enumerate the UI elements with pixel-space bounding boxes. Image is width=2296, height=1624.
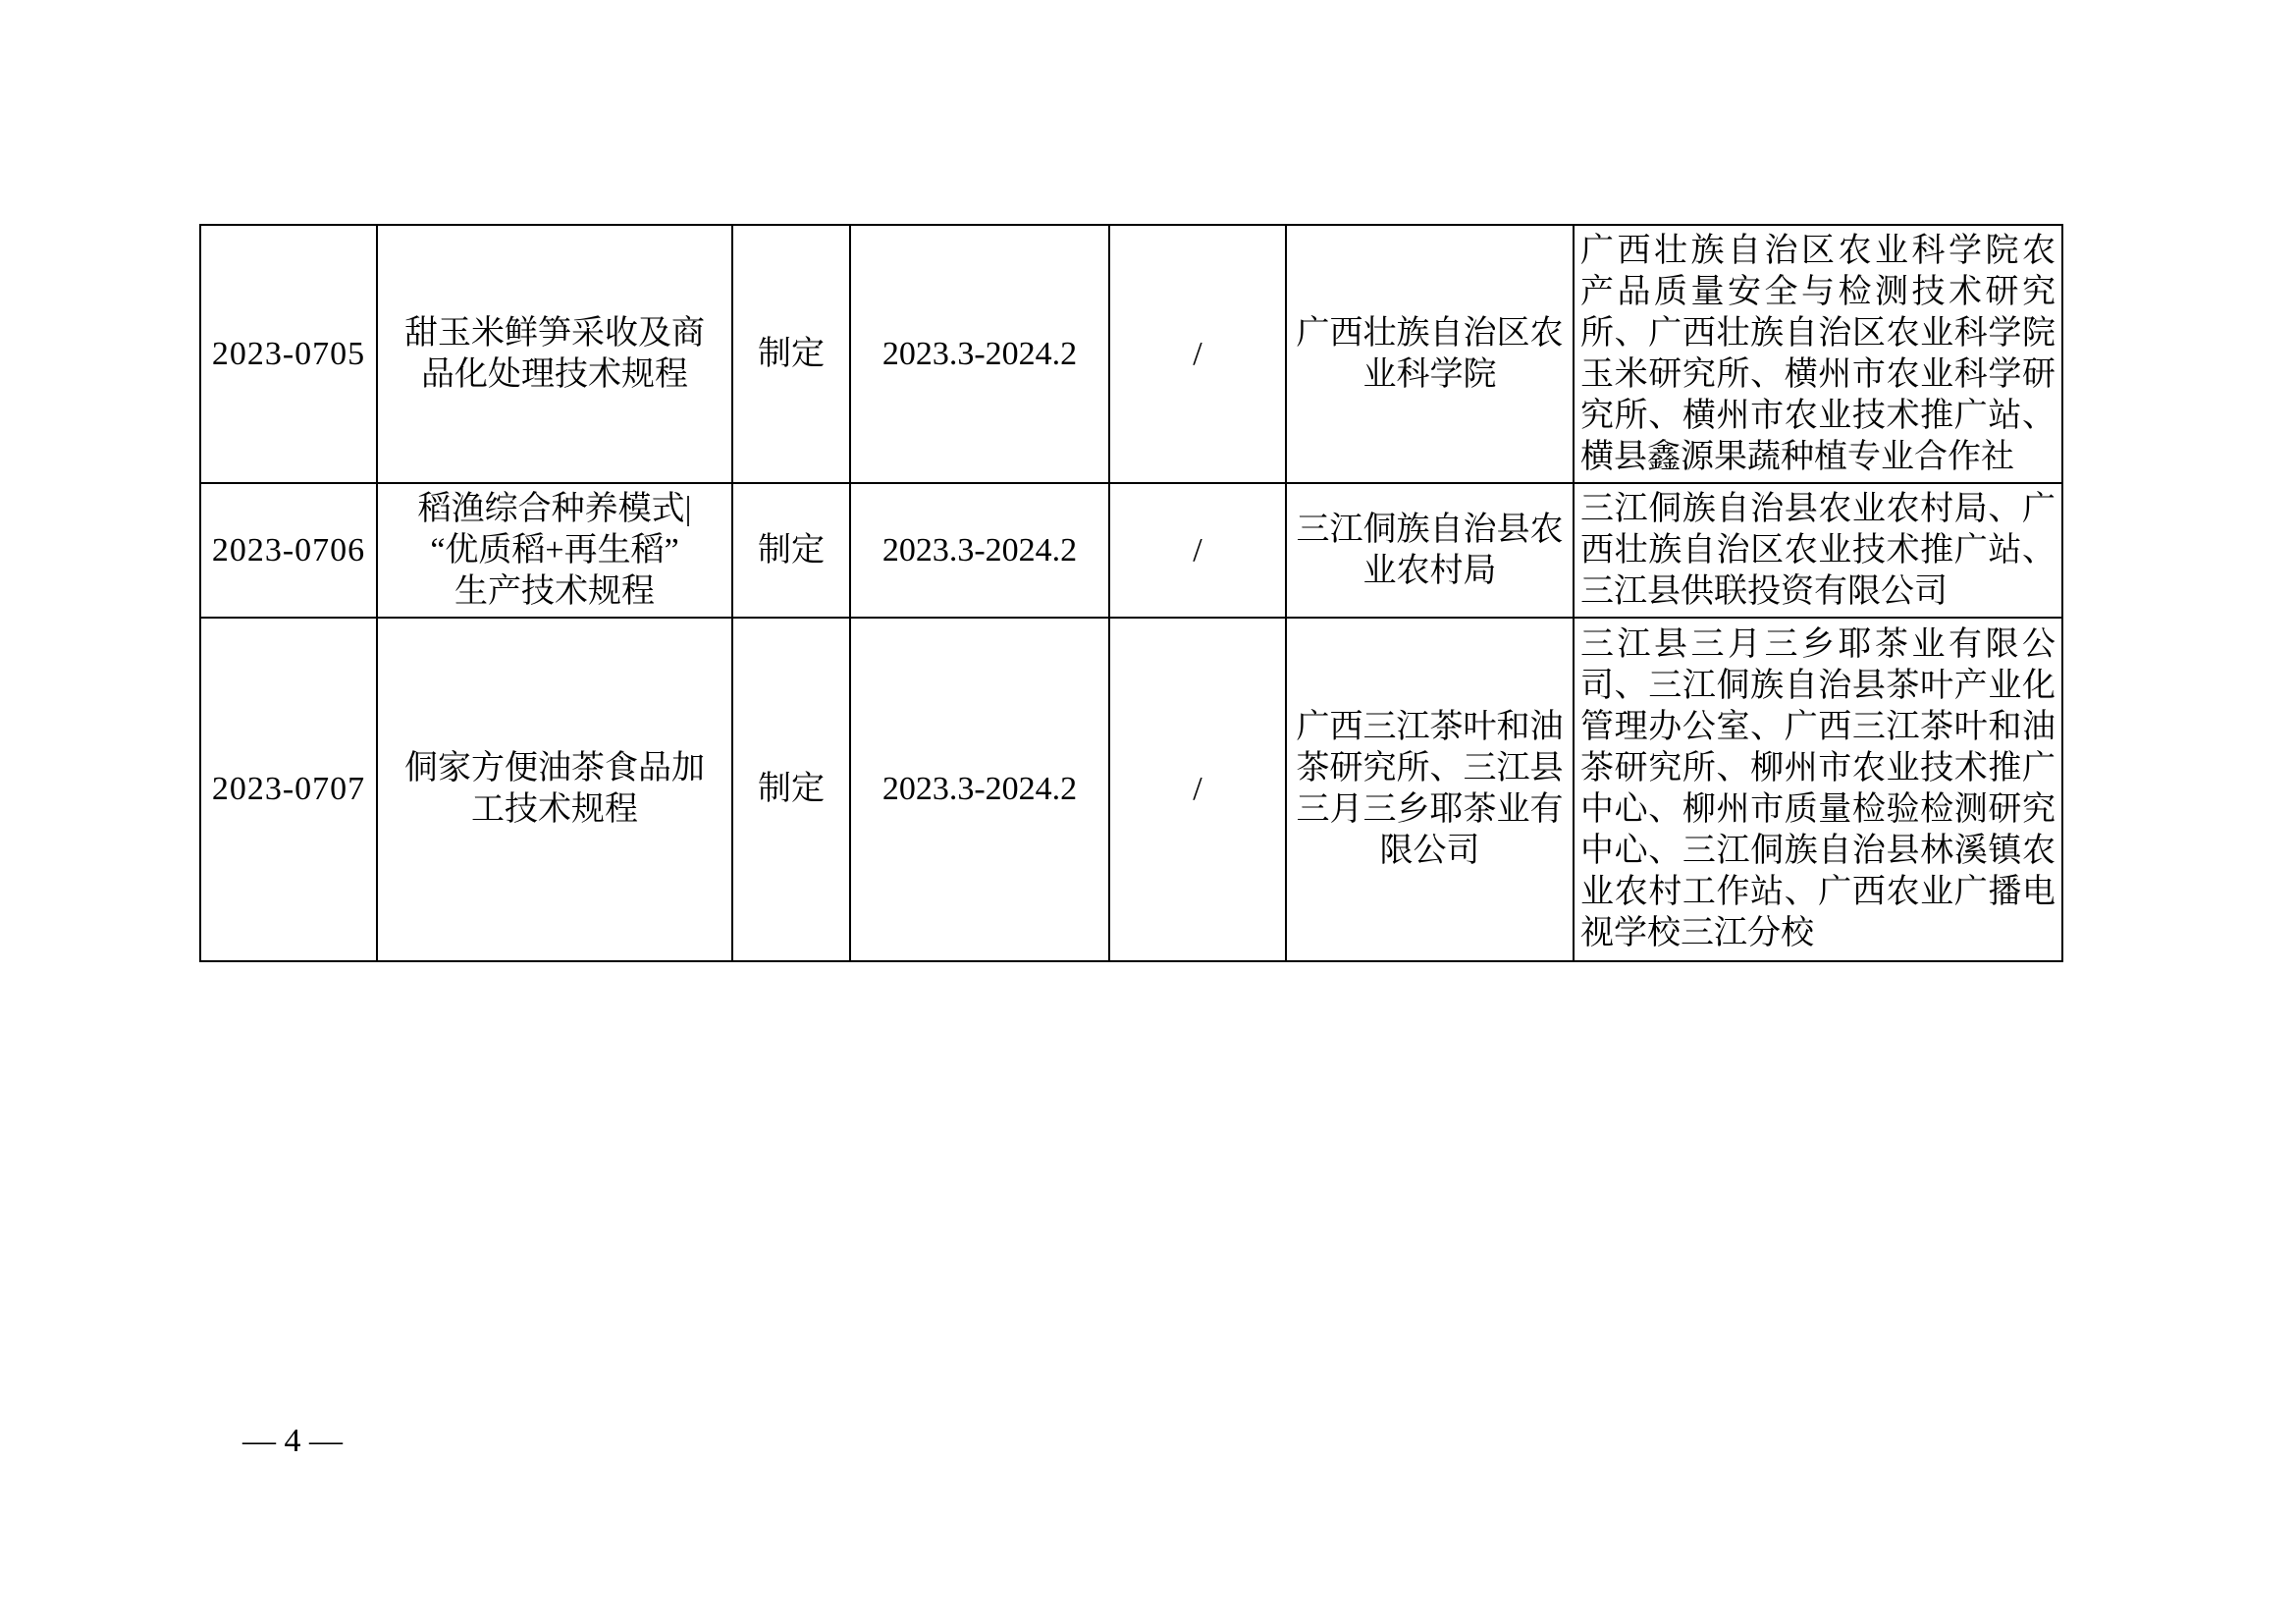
text-line: 业科学院 xyxy=(1293,354,1567,396)
drafting-units-cell: 三江侗族自治县农业农村局、广西壮族自治区农业技术推广站、三江县供联投资有限公司 xyxy=(1574,483,2062,618)
project-name-cell: 侗家方便油茶食品加工技术规程 xyxy=(377,618,732,961)
text-line: 品化处理技术规程 xyxy=(384,354,725,396)
text-line: 西壮族自治区农业技术推广站、 xyxy=(1580,530,2056,571)
text-line: 广西壮族自治区农业科学院农 xyxy=(1580,231,2056,272)
note-cell: / xyxy=(1109,225,1286,483)
text-line: 业农村局 xyxy=(1293,551,1567,592)
text-line: 产品质量安全与检测技术研究 xyxy=(1580,272,2056,313)
text-line: 限公司 xyxy=(1293,831,1567,872)
text-line: 究所、横州市农业技术推广站、 xyxy=(1580,396,2056,437)
text-line: 广西壮族自治区农 xyxy=(1293,313,1567,354)
text-line: 三江侗族自治县农 xyxy=(1293,510,1567,551)
text-line: 中心、柳州市质量检验检测研究 xyxy=(1580,789,2056,831)
text-line: 侗家方便油茶食品加 xyxy=(384,748,725,789)
text-line: 稻渔综合种养模式| xyxy=(384,489,725,530)
project-name-cell: 稻渔综合种养模式|“优质稻+再生稻”生产技术规程 xyxy=(377,483,732,618)
text-line: “优质稻+再生稻” xyxy=(384,530,725,571)
text-line: 中心、三江侗族自治县林溪镇农 xyxy=(1580,831,2056,872)
table-row: 2023-0707 侗家方便油茶食品加工技术规程 制定 2023.3-2024.… xyxy=(200,618,2062,961)
text-line: 工技术规程 xyxy=(384,789,725,831)
schedule-cell: 2023.3-2024.2 xyxy=(850,483,1109,618)
note-cell: / xyxy=(1109,618,1286,961)
text-line: 茶研究所、三江县 xyxy=(1293,748,1567,789)
document-page: 2023-0705 甜玉米鲜笋采收及商品化处理技术规程 制定 2023.3-20… xyxy=(0,0,2296,1624)
text-line: 茶研究所、柳州市农业技术推广 xyxy=(1580,748,2056,789)
drafting-units-cell: 广西壮族自治区农业科学院农产品质量安全与检测技术研究所、广西壮族自治区农业科学院… xyxy=(1574,225,2062,483)
text-line: 三江侗族自治县农业农村局、广 xyxy=(1580,489,2056,530)
text-line: 三江县三月三乡耶茶业有限公 xyxy=(1580,624,2056,666)
text-line: 所、广西壮族自治区农业科学院 xyxy=(1580,313,2056,354)
text-line: 三月三乡耶茶业有 xyxy=(1293,789,1567,831)
revision-type-cell: 制定 xyxy=(732,618,850,961)
applicant-cell: 广西壮族自治区农业科学院 xyxy=(1286,225,1574,483)
text-line: 玉米研究所、横州市农业科学研 xyxy=(1580,354,2056,396)
table-row: 2023-0705 甜玉米鲜笋采收及商品化处理技术规程 制定 2023.3-20… xyxy=(200,225,2062,483)
standards-projects-table: 2023-0705 甜玉米鲜笋采收及商品化处理技术规程 制定 2023.3-20… xyxy=(199,224,2063,962)
schedule-cell: 2023.3-2024.2 xyxy=(850,225,1109,483)
text-line: 广西三江茶叶和油 xyxy=(1293,707,1567,748)
page-number: — 4 — xyxy=(242,1423,343,1460)
project-id-cell: 2023-0707 xyxy=(200,618,377,961)
text-line: 业农村工作站、广西农业广播电 xyxy=(1580,872,2056,913)
revision-type-cell: 制定 xyxy=(732,483,850,618)
text-line: 甜玉米鲜笋采收及商 xyxy=(384,313,725,354)
project-id-cell: 2023-0706 xyxy=(200,483,377,618)
text-line: 生产技术规程 xyxy=(384,571,725,613)
schedule-cell: 2023.3-2024.2 xyxy=(850,618,1109,961)
text-line: 视学校三江分校 xyxy=(1580,913,2056,954)
text-line: 横县鑫源果蔬种植专业合作社 xyxy=(1580,437,2056,478)
project-id-cell: 2023-0705 xyxy=(200,225,377,483)
drafting-units-cell: 三江县三月三乡耶茶业有限公司、三江侗族自治县茶叶产业化管理办公室、广西三江茶叶和… xyxy=(1574,618,2062,961)
project-name-cell: 甜玉米鲜笋采收及商品化处理技术规程 xyxy=(377,225,732,483)
text-line: 三江县供联投资有限公司 xyxy=(1580,571,2056,613)
applicant-cell: 三江侗族自治县农业农村局 xyxy=(1286,483,1574,618)
text-line: 司、三江侗族自治县茶叶产业化 xyxy=(1580,666,2056,707)
applicant-cell: 广西三江茶叶和油茶研究所、三江县三月三乡耶茶业有限公司 xyxy=(1286,618,1574,961)
note-cell: / xyxy=(1109,483,1286,618)
table-row: 2023-0706 稻渔综合种养模式|“优质稻+再生稻”生产技术规程 制定 20… xyxy=(200,483,2062,618)
revision-type-cell: 制定 xyxy=(732,225,850,483)
text-line: 管理办公室、广西三江茶叶和油 xyxy=(1580,707,2056,748)
